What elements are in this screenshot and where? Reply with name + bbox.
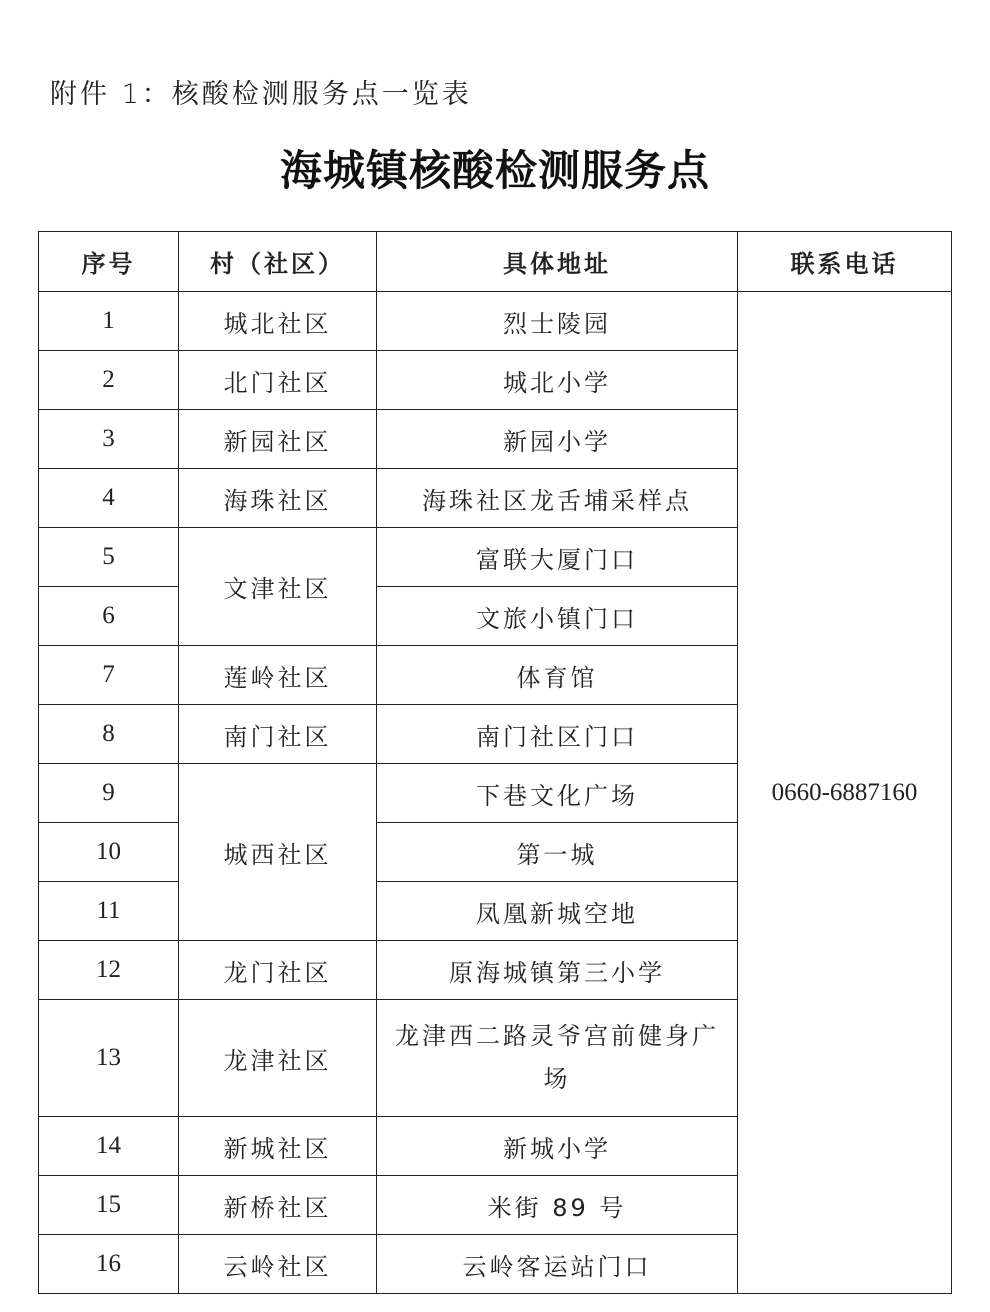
- row-address: 下巷文化广场: [377, 764, 738, 823]
- row-community: 云岭社区: [179, 1235, 377, 1294]
- row-index: 6: [39, 587, 179, 646]
- row-index: 5: [39, 528, 179, 587]
- header-index: 序号: [39, 232, 179, 292]
- row-community: 新桥社区: [179, 1176, 377, 1235]
- row-index: 7: [39, 646, 179, 705]
- service-points-table: 序号 村（社区） 具体地址 联系电话 1 城北社区 烈士陵园 0660-6887…: [38, 231, 952, 1294]
- row-address: 凤凰新城空地: [377, 882, 738, 941]
- row-index: 9: [39, 764, 179, 823]
- row-address: 云岭客运站门口: [377, 1235, 738, 1294]
- row-address: 海珠社区龙舌埔采样点: [377, 469, 738, 528]
- row-address: 新城小学: [377, 1117, 738, 1176]
- row-address: 龙津西二路灵爷宫前健身广场: [377, 1000, 738, 1117]
- row-index: 8: [39, 705, 179, 764]
- row-index: 10: [39, 823, 179, 882]
- row-community: 城北社区: [179, 292, 377, 351]
- header-phone: 联系电话: [738, 232, 952, 292]
- row-address: 烈士陵园: [377, 292, 738, 351]
- row-index: 3: [39, 410, 179, 469]
- row-index: 13: [39, 1000, 179, 1117]
- row-community: 海珠社区: [179, 469, 377, 528]
- row-index: 16: [39, 1235, 179, 1294]
- table-header-row: 序号 村（社区） 具体地址 联系电话: [39, 232, 952, 292]
- row-index: 2: [39, 351, 179, 410]
- page-title: 海城镇核酸检测服务点: [0, 138, 990, 198]
- row-index: 14: [39, 1117, 179, 1176]
- row-community: 龙门社区: [179, 941, 377, 1000]
- row-address: 原海城镇第三小学: [377, 941, 738, 1000]
- row-address: 南门社区门口: [377, 705, 738, 764]
- row-community: 城西社区: [179, 764, 377, 941]
- row-community: 新城社区: [179, 1117, 377, 1176]
- table-row: 1 城北社区 烈士陵园 0660-6887160: [39, 292, 952, 351]
- row-community: 新园社区: [179, 410, 377, 469]
- row-address: 新园小学: [377, 410, 738, 469]
- row-index: 12: [39, 941, 179, 1000]
- header-community: 村（社区）: [179, 232, 377, 292]
- header-address: 具体地址: [377, 232, 738, 292]
- row-index: 15: [39, 1176, 179, 1235]
- row-community: 文津社区: [179, 528, 377, 646]
- row-index: 11: [39, 882, 179, 941]
- row-address: 米街 89 号: [377, 1176, 738, 1235]
- row-index: 4: [39, 469, 179, 528]
- row-address: 体育馆: [377, 646, 738, 705]
- row-community: 北门社区: [179, 351, 377, 410]
- row-address: 富联大厦门口: [377, 528, 738, 587]
- row-address: 文旅小镇门口: [377, 587, 738, 646]
- row-community: 南门社区: [179, 705, 377, 764]
- row-community: 龙津社区: [179, 1000, 377, 1117]
- attachment-caption: 附件 1：核酸检测服务点一览表: [50, 72, 472, 111]
- row-index: 1: [39, 292, 179, 351]
- row-community: 莲岭社区: [179, 646, 377, 705]
- contact-phone: 0660-6887160: [738, 292, 952, 1294]
- row-address: 第一城: [377, 823, 738, 882]
- row-address: 城北小学: [377, 351, 738, 410]
